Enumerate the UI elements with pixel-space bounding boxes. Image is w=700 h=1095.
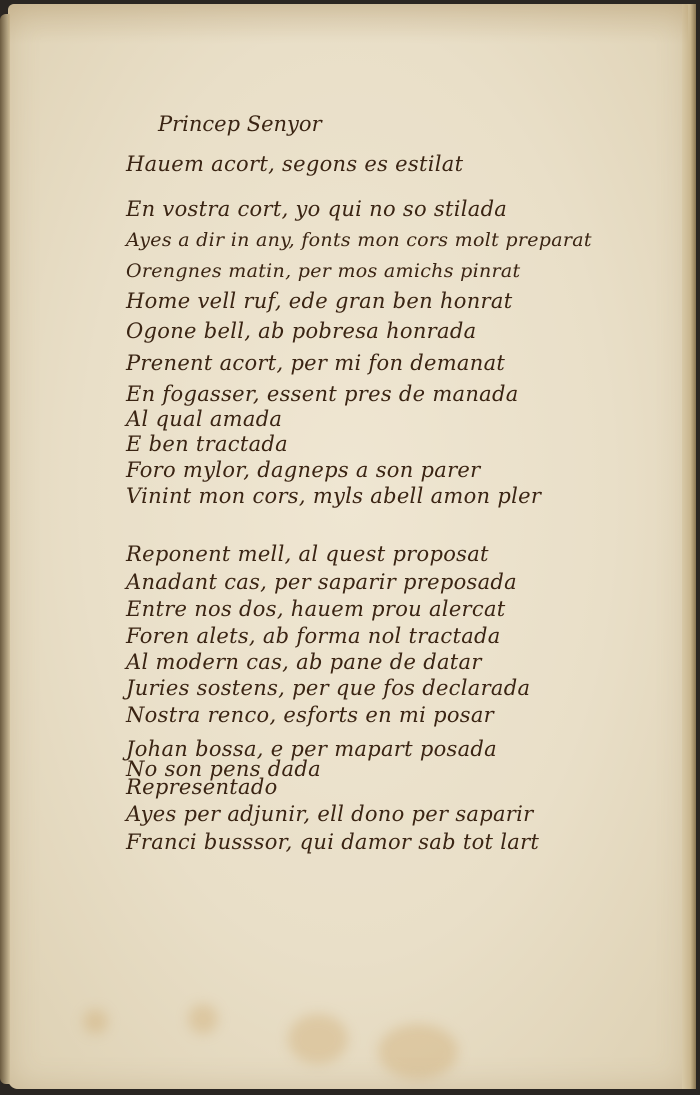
verse-line: Hauem acort, segons es estilat — [126, 152, 463, 176]
verse-line: Foren alets, ab forma nol tractada — [126, 624, 501, 648]
verse-line: Al modern cas, ab pane de datar — [126, 650, 482, 674]
manuscript-page: Princep Senyor Hauem acort, segons es es… — [8, 4, 688, 1089]
verse-line: Ayes per adjunir, ell dono per saparir — [126, 802, 533, 826]
verse-line: Home vell ruf, ede gran ben honrat — [126, 289, 512, 313]
verse-line: Ayes a dir in any, fonts mon cors molt p… — [126, 229, 592, 251]
verse-line: Nostra renco, esforts en mi posar — [126, 703, 494, 727]
verse-line: Entre nos dos, hauem prou alercat — [126, 597, 506, 621]
page-top-shadow — [8, 4, 688, 44]
verse-line: Franci busssor, qui damor sab tot lart — [126, 830, 539, 854]
verse-line: En fogasser, essent pres de manada — [126, 382, 519, 406]
water-stain — [83, 1009, 108, 1034]
page-stack-edge-left — [0, 14, 10, 1084]
verse-line: E ben tractada — [126, 432, 288, 456]
water-stain — [378, 1024, 458, 1079]
water-stain — [188, 1004, 218, 1034]
verse-line: Al qual amada — [126, 407, 282, 431]
verse-line: Vinint mon cors, myls abell amon pler — [126, 484, 541, 508]
verse-line: Ogone bell, ab pobresa honrada — [126, 319, 476, 343]
verse-line: En vostra cort, yo qui no so stilada — [126, 197, 507, 221]
poem-heading: Princep Senyor — [158, 112, 322, 136]
page-gutter-right — [682, 4, 696, 1089]
verse-line: Reponent mell, al quest proposat — [126, 542, 489, 566]
verse-line: Orengnes matin, per mos amichs pinrat — [126, 260, 520, 282]
water-stain — [288, 1014, 348, 1064]
verse-line: Representado — [126, 775, 278, 799]
verse-line: Prenent acort, per mi fon demanat — [126, 351, 505, 375]
verse-line: Juries sostens, per que fos declarada — [126, 676, 530, 700]
verse-line: Anadant cas, per saparir preposada — [126, 570, 517, 594]
verse-line: Foro mylor, dagneps a son parer — [126, 458, 480, 482]
